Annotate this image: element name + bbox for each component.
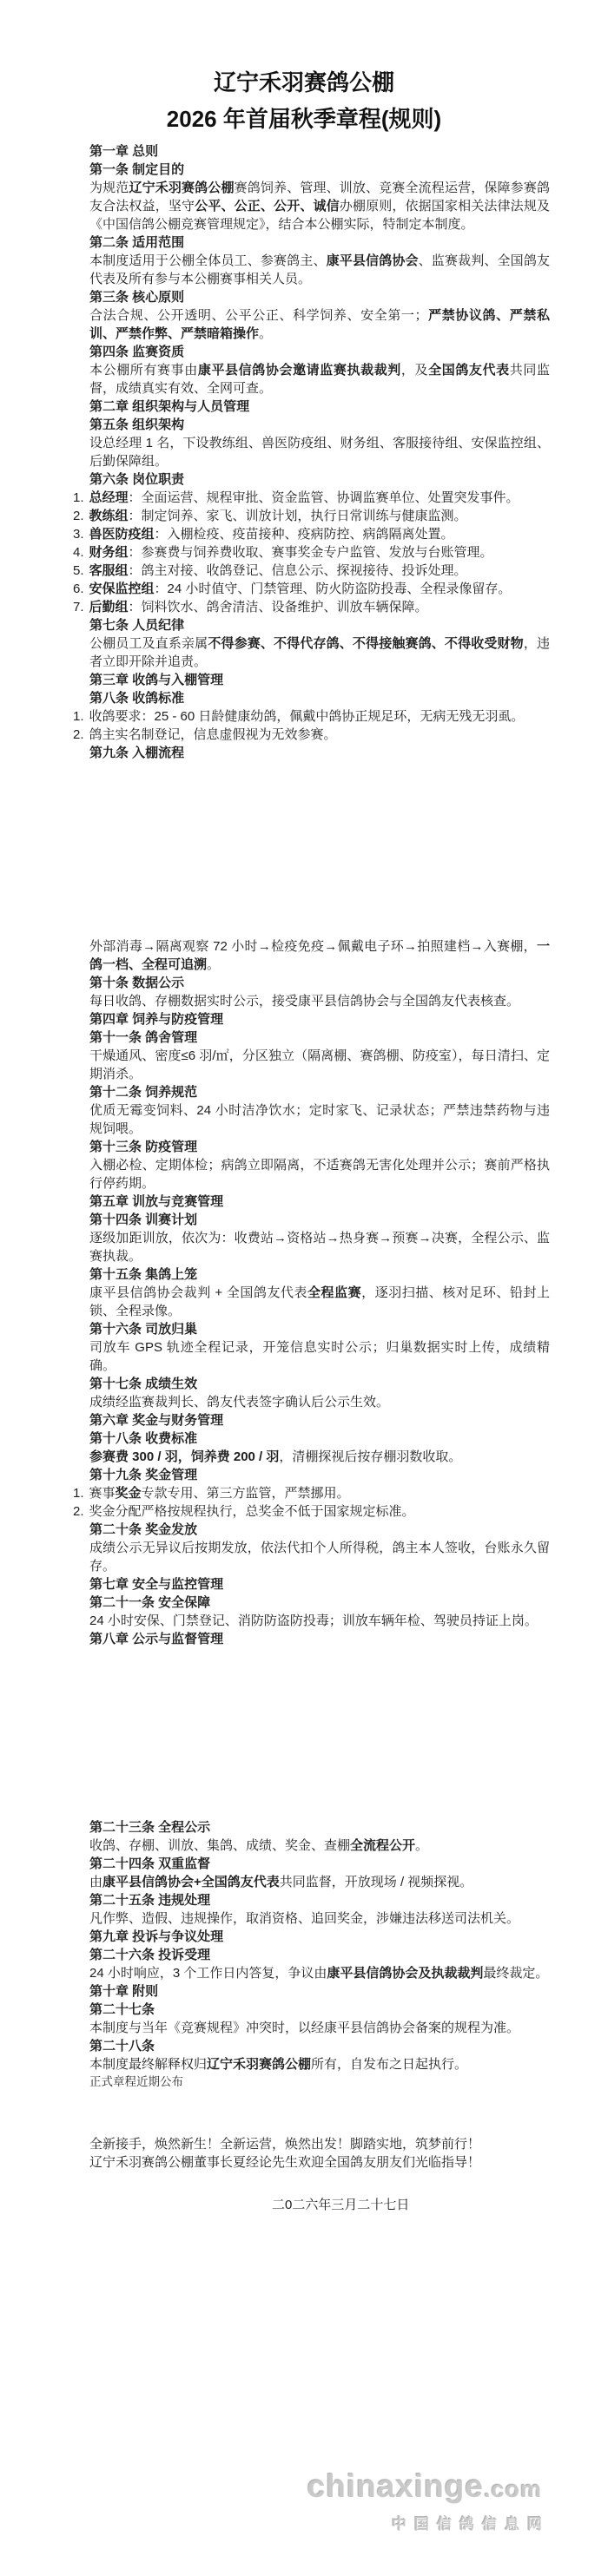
title-line-2: 2026 年首届秋季章程(规则) <box>0 101 608 137</box>
item-number: 3. <box>73 527 84 542</box>
article-heading: 第二条 适用范围 <box>89 233 550 252</box>
text-segment: ：参赛费与饲养费收取、赛事奖金专户监管、发放与台账管理。 <box>129 545 493 560</box>
text-segment: 外部消毒→隔离观察 72 小时→检疫免疫→佩戴电子环→拍照建档→入赛棚， <box>89 939 537 954</box>
bold-text-segment: 奖金 <box>116 1486 142 1501</box>
text-segment: 本公棚所有赛事由 <box>89 363 198 378</box>
paragraph: 司放车 GPS 轨迹全程记录，开笼信息实时公示；归巢数据实时上传，成绩精确。 <box>89 1338 550 1375</box>
numbered-item: 3.兽医防疫组：入棚检疫、疫苗接种、疫病防控、病鸽隔离处置。 <box>73 525 550 543</box>
watermark-site-line: chinaxinge.com <box>307 2472 542 2508</box>
document-body: 第一章 总则第一条 制定目的为规范辽宁禾羽赛鸽公棚赛鸽饲养、管理、训放、竞赛全流… <box>89 142 550 2214</box>
text-segment: ：鸽主对接、收鸽登记、信息公示、探视接待、投诉处理。 <box>129 563 467 578</box>
chinaxinge-watermark: chinaxinge.com 中国信鸽信息网 <box>307 2472 542 2533</box>
bold-text-segment: 全国鸽友代表 <box>428 363 510 378</box>
text-segment: ，及 <box>401 363 428 378</box>
article-heading: 第二十条 奖金发放 <box>89 1521 550 1539</box>
text-segment: 全新接手，焕然新生！全新运营，焕然出发！脚踏实地，筑梦前行！ <box>89 2137 480 2152</box>
numbered-item: 2.奖金分配严格按规程执行，总奖金不低于国家规定标准。 <box>73 1502 550 1521</box>
paragraph: 本公棚所有赛事由康平县信鸽协会邀请监赛执裁裁判，及全国鸽友代表共同监督，成绩真实… <box>89 361 550 398</box>
text-segment: 干燥通风、密度≤6 羽/㎡，分区独立（隔离棚、赛鸽棚、防疫室），每日清扫、定期消… <box>89 1048 550 1081</box>
watermark-site-name: chinaxinge <box>307 2468 484 2504</box>
numbered-item: 4.财务组：参赛费与饲养费收取、赛事奖金专户监管、发放与台账管理。 <box>73 543 550 562</box>
bold-text-segment: 康平县信鸽协会+全国鸽友代表 <box>102 1875 280 1889</box>
text-segment: 入棚必检、定期体检；病鸽立即隔离，不适赛鸽无害化处理并公示；赛前严格执行停药期。 <box>89 1158 550 1191</box>
article-heading: 第十三条 防疫管理 <box>89 1138 550 1156</box>
paragraph: 本制度与当年《竞赛规程》冲突时，以经康平县信鸽协会备案的规程为准。 <box>89 2019 550 2037</box>
text-segment: 由 <box>89 1875 102 1889</box>
bold-text-segment: 全程监赛 <box>307 1285 361 1300</box>
paragraph: 逐级加距训放，依次为：收费站→资格站→热身赛→预赛→决赛，全程公示、监赛执裁。 <box>89 1229 550 1265</box>
article-heading: 第四条 监赛资质 <box>89 343 550 361</box>
article-heading: 第十一条 鸽舍管理 <box>89 1028 550 1047</box>
paragraph: 为规范辽宁禾羽赛鸽公棚赛鸽饲养、管理、训放、竞赛全流程运营，保障参赛鸽友合法权益… <box>89 179 550 233</box>
paragraph: 辽宁禾羽赛鸽公棚董事长夏经论先生欢迎全国鸽友朋友们光临指导！ <box>89 2153 550 2172</box>
text-segment: ，清棚探视后按存棚羽数收取。 <box>279 1449 461 1464</box>
article-heading: 第二十七条 <box>89 2001 550 2019</box>
text-segment: ：24 小时值守、门禁管理、防火防盗防投毒、全程录像留存。 <box>155 582 512 596</box>
chapter-heading: 第十章 附则 <box>89 1982 550 2001</box>
paragraph: 成绩公示无异议后按期发放，依法代扣个人所得税，鸽主本人签收，台账永久留存。 <box>89 1539 550 1575</box>
text-segment: 每日收鸽、存棚数据实时公示，接受康平县信鸽协会与全国鸽友代表核查。 <box>89 994 519 1009</box>
bold-text-segment: 全流程公开 <box>350 1838 415 1853</box>
chapter-heading: 第一章 总则 <box>89 142 550 161</box>
item-number: 7. <box>73 600 84 614</box>
numbered-item: 1.总经理：全面运营、规程审批、资金监管、协调监赛单位、处置突发事件。 <box>73 489 550 507</box>
text-segment: ：制定饲养、家飞、训放计划，执行日常训练与健康监测。 <box>129 509 467 523</box>
article-heading: 第七条 人员纪律 <box>89 616 550 634</box>
article-heading: 第二十五条 违规处理 <box>89 1891 550 1909</box>
watermark-caption: 中国信鸽信息网 <box>307 2512 550 2533</box>
paragraph: 由康平县信鸽协会+全国鸽友代表共同监督，开放现场 / 视频探视。 <box>89 1873 550 1891</box>
watermark-site-tld: .com <box>484 2476 542 2502</box>
item-number: 2. <box>73 1504 84 1519</box>
chapter-heading: 第四章 饲养与防疫管理 <box>89 1010 550 1028</box>
text-segment: 公棚员工及直系亲属 <box>89 636 208 651</box>
text-segment: 。 <box>207 957 220 972</box>
text-segment: ：全面运营、规程审批、资金监管、协调监赛单位、处置突发事件。 <box>129 490 519 505</box>
paragraph: 设总经理 1 名，下设教练组、兽医防疫组、财务组、客服接待组、安保监控组、后勤保… <box>89 434 550 470</box>
text-segment: 合法合规、公开透明、公平公正、科学饲养、安全第一； <box>89 308 428 323</box>
page-break-gap <box>89 762 550 937</box>
chapter-heading: 第二章 组织架构与人员管理 <box>89 398 550 416</box>
item-number: 1. <box>73 709 84 724</box>
text-segment: 本制度最终解释权归 <box>89 2057 207 2072</box>
paragraph: 参赛费 300 / 羽，饲养费 200 / 羽，清棚探视后按存棚羽数收取。 <box>89 1448 550 1466</box>
bold-text-segment: 辽宁禾羽赛鸽公棚 <box>129 181 234 195</box>
article-heading: 第三条 核心原则 <box>89 288 550 306</box>
date-line: 二0二六年三月二十七日 <box>272 2196 550 2214</box>
text-segment: 康平县信鸽协会裁判 + 全国鸽友代表 <box>89 1285 307 1300</box>
bold-text-segment: 财务组 <box>89 545 129 560</box>
text-segment: 专款专用、第三方监管，严禁挪用。 <box>142 1486 350 1501</box>
text-segment: 收鸽、存棚、训放、集鸽、成绩、奖金、查棚 <box>89 1838 350 1853</box>
chapter-heading: 第五章 训放与竞赛管理 <box>89 1193 550 1211</box>
paragraph: 成绩经监赛裁判长、鸽友代表签字确认后公示生效。 <box>89 1393 550 1411</box>
bold-text-segment: 总经理 <box>89 490 129 505</box>
item-number: 6. <box>73 582 84 596</box>
bold-text-segment: 兽医防疫组 <box>89 527 155 542</box>
paragraph: 本制度适用于公棚全体员工、参赛鸽主、康平县信鸽协会、监赛裁判、全国鸽友代表及所有… <box>89 252 550 288</box>
paragraph: 24 小时安保、门禁登记、消防防盗防投毒；训放车辆年检、驾驶员持证上岗。 <box>89 1612 550 1630</box>
text-segment: 设总经理 1 名，下设教练组、兽医防疫组、财务组、客服接待组、安保监控组、后勤保… <box>89 436 550 469</box>
article-heading: 第十九条 奖金管理 <box>89 1466 550 1484</box>
text-segment: 所有，自发布之日起执行。 <box>311 2057 467 2072</box>
bold-text-segment: 康平县信鸽协会邀请监赛执裁裁判 <box>198 363 401 378</box>
text-segment: ：入棚检疫、疫苗接种、疫病防控、病鸽隔离处置。 <box>155 527 454 542</box>
article-heading: 第十条 数据公示 <box>89 974 550 992</box>
article-heading: 第十五条 集鸽上笼 <box>89 1265 550 1284</box>
text-segment: ：饲料饮水、鸽舍清洁、设备维护、训放车辆保障。 <box>129 600 428 614</box>
numbered-item: 7.后勤组：饲料饮水、鸽舍清洁、设备维护、训放车辆保障。 <box>73 598 550 616</box>
paragraph: 公棚员工及直系亲属不得参赛、不得代存鸽、不得接触赛鸽、不得收受财物，违者立即开除… <box>89 634 550 671</box>
page-break-gap <box>89 1648 550 1818</box>
text-segment: 24 小时响应，3 个工作日内答复，争议由 <box>89 1966 327 1981</box>
item-number: 4. <box>73 545 84 560</box>
text-segment: 鸽主实名制登记，信息虚假视为无效参赛。 <box>89 727 337 742</box>
article-heading: 第二十八条 <box>89 2037 550 2055</box>
article-heading: 第十六条 司放归巢 <box>89 1320 550 1338</box>
item-number: 5. <box>73 563 84 578</box>
text-segment: 。 <box>415 1838 428 1853</box>
article-heading: 第五条 组织架构 <box>89 416 550 434</box>
text-segment: 奖金分配严格按规程执行，总奖金不低于国家规定标准。 <box>89 1504 415 1519</box>
article-heading: 第十七条 成绩生效 <box>89 1375 550 1393</box>
text-segment: 司放车 GPS 轨迹全程记录，开笼信息实时公示；归巢数据实时上传，成绩精确。 <box>89 1340 550 1373</box>
paragraph: 外部消毒→隔离观察 72 小时→检疫免疫→佩戴电子环→拍照建档→入赛棚，一鸽一档… <box>89 937 550 974</box>
numbered-item: 6.安保监控组：24 小时值守、门禁管理、防火防盗防投毒、全程录像留存。 <box>73 580 550 598</box>
text-segment: 24 小时安保、门禁登记、消防防盗防投毒；训放车辆年检、驾驶员持证上岗。 <box>89 1613 538 1628</box>
article-heading: 第二十三条 全程公示 <box>89 1818 550 1837</box>
article-heading: 第九条 入棚流程 <box>89 744 550 762</box>
chapter-heading: 第三章 收鸽与入棚管理 <box>89 671 550 689</box>
text-segment: 凡作弊、造假、违规操作，取消资格、追回奖金，涉嫌违法移送司法机关。 <box>89 1911 519 1926</box>
document-page: 辽宁禾羽赛鸽公棚 2026 年首届秋季章程(规则) 第一章 总则第一条 制定目的… <box>0 0 608 2576</box>
footnote-line: 正式章程近期公布 <box>89 2073 550 2090</box>
article-heading: 第十八条 收费标准 <box>89 1429 550 1448</box>
text-segment: 赛事 <box>89 1486 116 1501</box>
text-segment: 为规范 <box>89 181 129 195</box>
chapter-heading: 第九章 投诉与争议处理 <box>89 1928 550 1946</box>
bold-text-segment: 参赛费 300 / 羽，饲养费 200 / 羽 <box>89 1449 279 1464</box>
bold-text-segment: 后勤组 <box>89 600 129 614</box>
text-segment: 共同监督，开放现场 / 视频探视。 <box>280 1875 473 1889</box>
numbered-item: 1.收鸽要求：25 - 60 日龄健康幼鸽，佩戴中鸽协正规足环，无病无残无羽虱。 <box>73 707 550 726</box>
paragraph: 全新接手，焕然新生！全新运营，焕然出发！脚踏实地，筑梦前行！ <box>89 2135 550 2153</box>
text-segment: 辽宁禾羽赛鸽公棚董事长夏经论先生欢迎全国鸽友朋友们光临指导！ <box>89 2155 480 2170</box>
bold-text-segment: 辽宁禾羽赛鸽公棚 <box>207 2057 311 2072</box>
text-segment: 本制度适用于公棚全体员工、参赛鸽主、 <box>89 253 327 268</box>
bold-text-segment: 教练组 <box>89 509 129 523</box>
chapter-heading: 第七章 安全与监控管理 <box>89 1575 550 1594</box>
bold-text-segment: 康平县信鸽协会 <box>327 253 419 268</box>
document-title: 辽宁禾羽赛鸽公棚 2026 年首届秋季章程(规则) <box>0 64 608 137</box>
numbered-item: 5.客服组：鸽主对接、收鸽登记、信息公示、探视接待、投诉处理。 <box>73 562 550 580</box>
bold-text-segment: 客服组 <box>89 563 129 578</box>
text-segment: 本制度与当年《竞赛规程》冲突时，以经康平县信鸽协会备案的规程为准。 <box>89 2021 519 2035</box>
text-segment: 优质无霉变饲料、24 小时洁净饮水；定时家飞、记录状态；严禁违禁药物与违规饲喂。 <box>89 1103 550 1136</box>
paragraph: 入棚必检、定期体检；病鸽立即隔离，不适赛鸽无害化处理并公示；赛前严格执行停药期。 <box>89 1156 550 1193</box>
text-segment: 收鸽要求：25 - 60 日龄健康幼鸽，佩戴中鸽协正规足环，无病无残无羽虱。 <box>89 709 525 724</box>
article-heading: 第二十一条 安全保障 <box>89 1594 550 1612</box>
paragraph: 24 小时响应，3 个工作日内答复，争议由康平县信鸽协会及执裁裁判最终裁定。 <box>89 1964 550 1982</box>
page-break-gap <box>89 2090 550 2135</box>
chapter-heading: 第六章 奖金与财务管理 <box>89 1411 550 1429</box>
article-heading: 第八条 收鸽标准 <box>89 689 550 707</box>
paragraph: 本制度最终解释权归辽宁禾羽赛鸽公棚所有，自发布之日起执行。 <box>89 2055 550 2073</box>
article-heading: 第一条 制定目的 <box>89 161 550 179</box>
article-heading: 第二十四条 双重监督 <box>89 1855 550 1873</box>
text-segment: 成绩经监赛裁判长、鸽友代表签字确认后公示生效。 <box>89 1395 389 1410</box>
bold-text-segment: 不得参赛、不得代存鸽、不得接触赛鸽、不得收受财物 <box>208 636 524 651</box>
paragraph: 收鸽、存棚、训放、集鸽、成绩、奖金、查棚全流程公开。 <box>89 1837 550 1855</box>
paragraph: 干燥通风、密度≤6 羽/㎡，分区独立（隔离棚、赛鸽棚、防疫室），每日清扫、定期消… <box>89 1047 550 1083</box>
text-segment: 成绩公示无异议后按期发放，依法代扣个人所得税，鸽主本人签收，台账永久留存。 <box>89 1541 550 1574</box>
chapter-heading: 第八章 公示与监督管理 <box>89 1630 550 1648</box>
bold-text-segment: 安保监控组 <box>89 582 155 596</box>
paragraph: 每日收鸽、存棚数据实时公示，接受康平县信鸽协会与全国鸽友代表核查。 <box>89 992 550 1010</box>
item-number: 1. <box>73 490 84 505</box>
text-segment: 逐级加距训放，依次为：收费站→资格站→热身赛→预赛→决赛，全程公示、监赛执裁。 <box>89 1231 550 1264</box>
article-heading: 第十二条 饲养规范 <box>89 1083 550 1101</box>
item-number: 2. <box>73 509 84 523</box>
bold-text-segment: 公平、公正、公开、诚信 <box>195 199 340 214</box>
numbered-item: 2.鸽主实名制登记，信息虚假视为无效参赛。 <box>73 726 550 744</box>
page-break-gap <box>89 2172 550 2196</box>
paragraph: 康平县信鸽协会裁判 + 全国鸽友代表全程监赛，逐羽扫描、核对足环、铅封上锁、全程… <box>89 1284 550 1320</box>
article-heading: 第六条 岗位职责 <box>89 470 550 489</box>
article-heading: 第二十六条 投诉受理 <box>89 1946 550 1964</box>
item-number: 2. <box>73 727 84 742</box>
text-segment: 最终裁定。 <box>483 1966 548 1981</box>
paragraph: 合法合规、公开透明、公平公正、科学饲养、安全第一；严禁协议鸽、严禁私训、严禁作弊… <box>89 306 550 343</box>
item-number: 1. <box>73 1486 84 1501</box>
paragraph: 优质无霉变饲料、24 小时洁净饮水；定时家飞、记录状态；严禁违禁药物与违规饲喂。 <box>89 1101 550 1138</box>
numbered-item: 2.教练组：制定饲养、家飞、训放计划，执行日常训练与健康监测。 <box>73 507 550 525</box>
title-line-1: 辽宁禾羽赛鸽公棚 <box>0 64 608 101</box>
bold-text-segment: 康平县信鸽协会及执裁裁判 <box>327 1966 483 1981</box>
paragraph: 凡作弊、造假、违规操作，取消资格、追回奖金，涉嫌违法移送司法机关。 <box>89 1909 550 1928</box>
numbered-item: 1.赛事奖金专款专用、第三方监管，严禁挪用。 <box>73 1484 550 1502</box>
text-segment: 。 <box>259 326 272 341</box>
article-heading: 第十四条 训赛计划 <box>89 1211 550 1229</box>
